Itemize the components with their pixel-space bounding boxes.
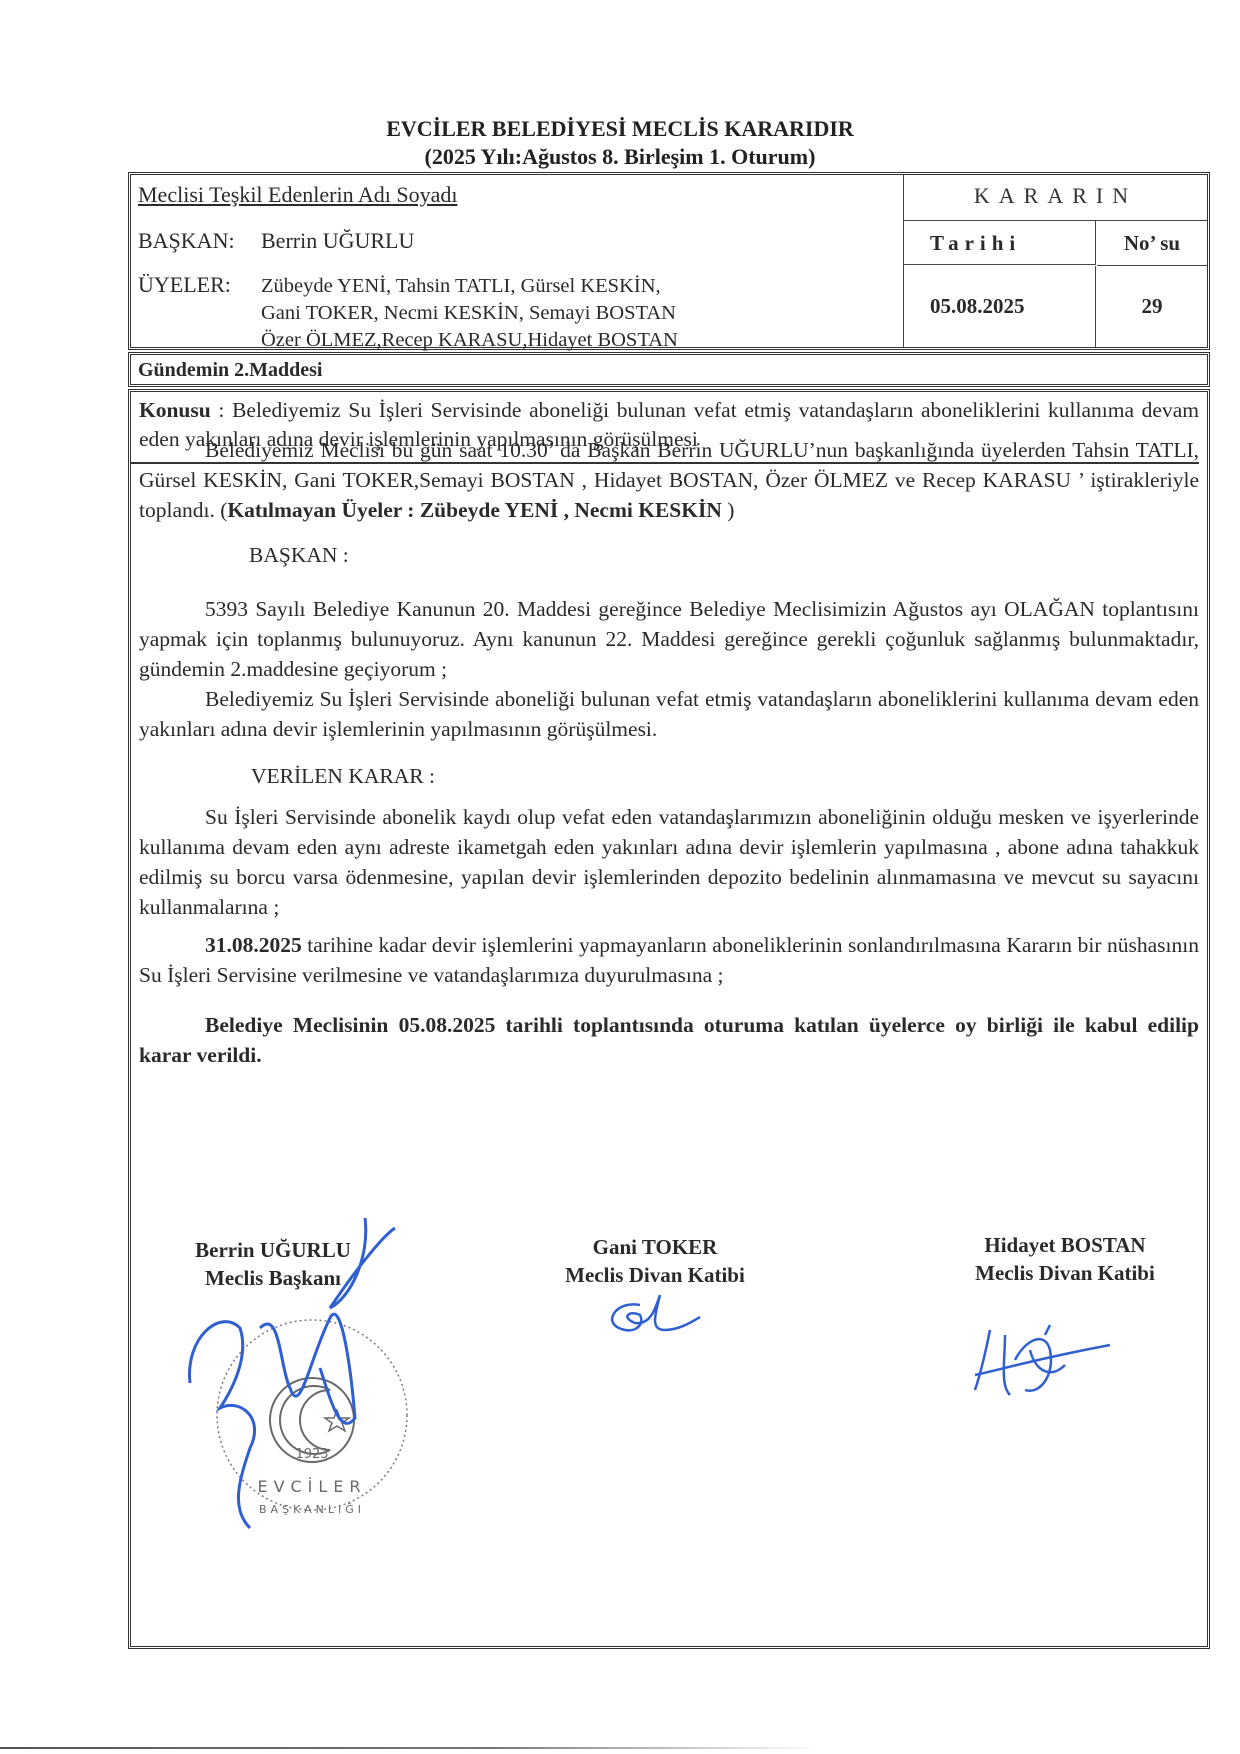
absent-members: Katılmayan Üyeler : Zübeyde YENİ , Necmi… [227,498,722,522]
decision-heading: VERİLEN KARAR : [251,764,435,789]
members-cell: Meclisi Teşkil Edenlerin Adı Soyadı BAŞK… [131,175,904,347]
signature-secretary-1: Gani TOKER Meclis Divan Katibi [530,1233,780,1289]
decision-number: 29 [1097,266,1207,347]
signatory-title: Meclis Divan Katibi [940,1259,1190,1287]
kararin-heading: KARARIN [904,175,1207,221]
president-signature-icon [180,1218,420,1538]
decision-date: 05.08.2025 [904,266,1096,347]
decision-paragraph: Su İşleri Servisinde abonelik kaydı olup… [139,802,1199,922]
header-table: Meclisi Teşkil Edenlerin Adı Soyadı BAŞK… [128,172,1210,350]
conclusion-text: Belediye Meclisinin 05.08.2025 tarihli t… [139,1013,1199,1067]
president-name: Berrin UĞURLU [261,228,414,253]
decision-text: Su İşleri Servisinde abonelik kaydı olup… [139,805,1199,919]
intro-paragraph: Belediyemiz Meclisi bu gün saat 10.30’ d… [139,435,1199,525]
subject-label: Konusu [139,398,211,422]
president-speech: 5393 Sayılı Belediye Kanunun 20. Maddesi… [139,594,1199,684]
session-subtitle: (2025 Yılı:Ağustos 8. Birleşim 1. Oturum… [0,144,1240,170]
members-label: ÜYELER: [138,272,261,298]
president-heading: BAŞKAN : [249,543,349,568]
deadline-date: 31.08.2025 [205,933,302,957]
agenda-restated-text: Belediyemiz Su İşleri Servisinde aboneli… [139,687,1199,741]
president-speech-text: 5393 Sayılı Belediye Kanunun 20. Maddesi… [139,597,1199,681]
deadline-paragraph: 31.08.2025 tarihine kadar devir işlemler… [139,930,1199,990]
agenda-item-label: Gündemin 2.Maddesi [128,352,1210,387]
members-heading: Meclisi Teşkil Edenlerin Adı Soyadı [138,182,457,208]
signatory-name: Hidayet BOSTAN [940,1231,1190,1259]
members-line: Zübeyde YENİ, Tahsin TATLI, Gürsel KESKİ… [261,273,881,300]
signature-secretary-2: Hidayet BOSTAN Meclis Divan Katibi [940,1231,1190,1287]
members-line: Gani TOKER, Necmi KESKİN, Semayi BOSTAN [261,300,881,327]
date-header: Tarihi [904,221,1096,265]
subject-separator: : [211,398,232,422]
members-line: Özer ÖLMEZ,Recep KARASU,Hidayet BOSTAN [261,327,881,354]
members-row: ÜYELER: Zübeyde YENİ, Tahsin TATLI, Gürs… [138,272,261,298]
president-row: BAŞKAN:Berrin UĞURLU [138,228,414,254]
conclusion-paragraph: Belediye Meclisinin 05.08.2025 tarihli t… [139,1010,1199,1070]
intro-close: ) [722,498,735,522]
document-title: EVCİLER BELEDİYESİ MECLİS KARARIDIR [0,116,1240,142]
president-label: BAŞKAN: [138,228,261,254]
decision-meta-cell: KARARIN Tarihi No’ su 05.08.2025 29 [904,175,1207,347]
agenda-restated: Belediyemiz Su İşleri Servisinde aboneli… [139,684,1199,744]
signatory-name: Gani TOKER [530,1233,780,1261]
members-list: Zübeyde YENİ, Tahsin TATLI, Gürsel KESKİ… [261,273,881,354]
secretary-1-signature-icon [600,1285,710,1345]
secretary-2-signature-icon [970,1320,1120,1410]
number-header: No’ su [1097,221,1207,266]
page-bottom-rule [0,1747,820,1749]
